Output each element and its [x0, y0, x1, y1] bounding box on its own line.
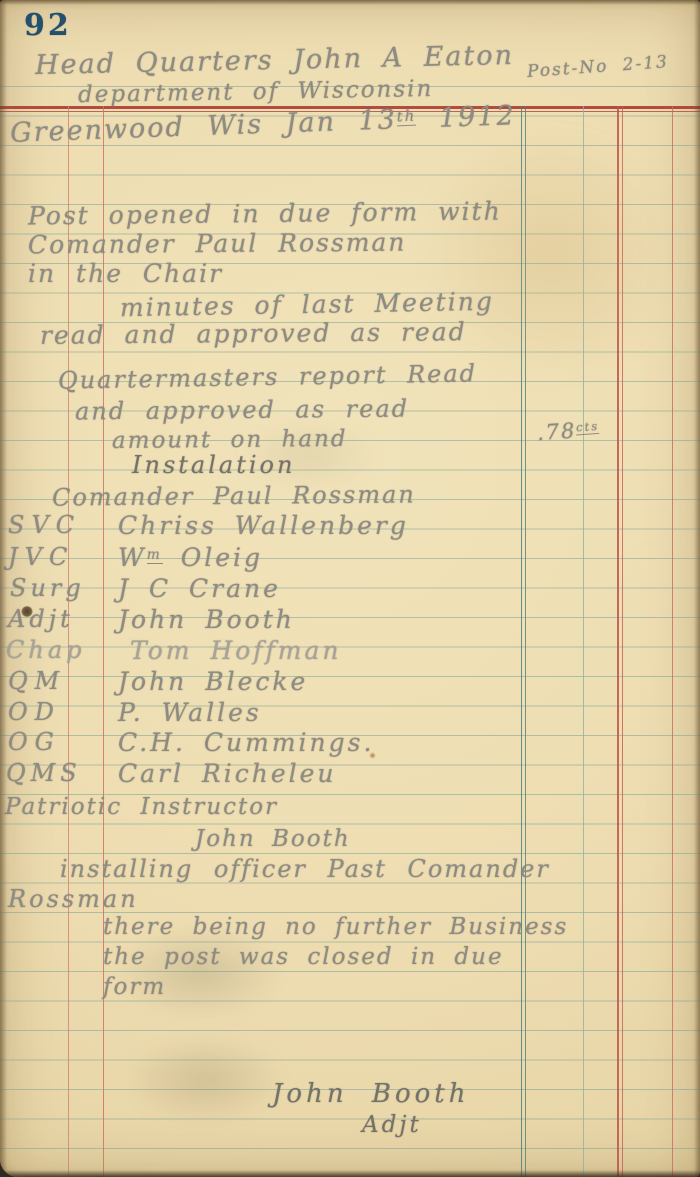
amount-value: .78cts — [536, 418, 600, 445]
installing-line: installing officer Past Comander — [60, 856, 550, 882]
officer-title-surg: Surg — [10, 575, 85, 601]
officer-name-jvc: Wm Oleig — [118, 544, 263, 572]
header-post-number: Post-No 2-13 — [527, 53, 670, 82]
officer-title-svc: SVC — [8, 512, 81, 538]
officer-title-qms: QMS — [6, 760, 82, 786]
closing-line-3: form — [103, 975, 166, 1000]
body-line-1: Post opened in due form with — [28, 198, 502, 230]
qm-report-line-1: Quartermasters report Read — [58, 360, 477, 394]
patriotic-name: John Booth — [195, 827, 351, 852]
officer-name-og: C.H. Cummings. — [118, 729, 374, 757]
officer-title-qm: QM — [8, 668, 66, 694]
officer-name-surg: J C Crane — [118, 575, 281, 603]
officer-title-jvc: JVC — [8, 544, 74, 570]
header-line-2: department of Wisconsin — [78, 77, 434, 108]
officer-name-qm: John Blecke — [118, 668, 308, 696]
installation-heading: Instalation — [132, 452, 295, 478]
officer-title-adjt: Adjt — [8, 606, 74, 632]
body-line-3: in the Chair — [28, 260, 223, 288]
officer-name-chap: Tom Hoffman — [130, 637, 342, 665]
officer-name-od: P. Walles — [118, 699, 262, 727]
patriotic-line: Patriotic Instructor — [5, 795, 278, 820]
closing-line-2: the post was closed in due — [103, 945, 504, 970]
officer-title-og: OG — [8, 729, 61, 755]
signature-name: John Booth — [272, 1080, 469, 1109]
header-line-1: Head Quarters John A Eaton — [35, 41, 515, 81]
officer-title-od: OD — [8, 699, 61, 725]
officer-title-chap: Chap — [6, 637, 86, 663]
body-line-5: read and approved as read — [40, 318, 467, 349]
ledger-page: 92 Head Quarters John A EatonPost-No 2-1… — [0, 0, 700, 1177]
handwriting-layer: Head Quarters John A EatonPost-No 2-13de… — [0, 0, 700, 1177]
officer-name-svc: Chriss Wallenberg — [118, 512, 409, 540]
body-line-2: Comander Paul Rossman — [28, 229, 407, 259]
dateline: Greenwood Wis Jan 13th 1912 — [10, 101, 516, 148]
officers-heading: Comander Paul Rossman — [52, 481, 416, 511]
installing-name: Rossman — [8, 886, 139, 912]
signature-title: Adjt — [362, 1113, 422, 1138]
officer-name-adjt: John Booth — [118, 606, 295, 634]
officer-name-qms: Carl Richeleu — [118, 760, 337, 788]
closing-line-1: there being no further Business — [103, 915, 568, 940]
qm-report-line-2: and approved as read — [75, 396, 409, 425]
